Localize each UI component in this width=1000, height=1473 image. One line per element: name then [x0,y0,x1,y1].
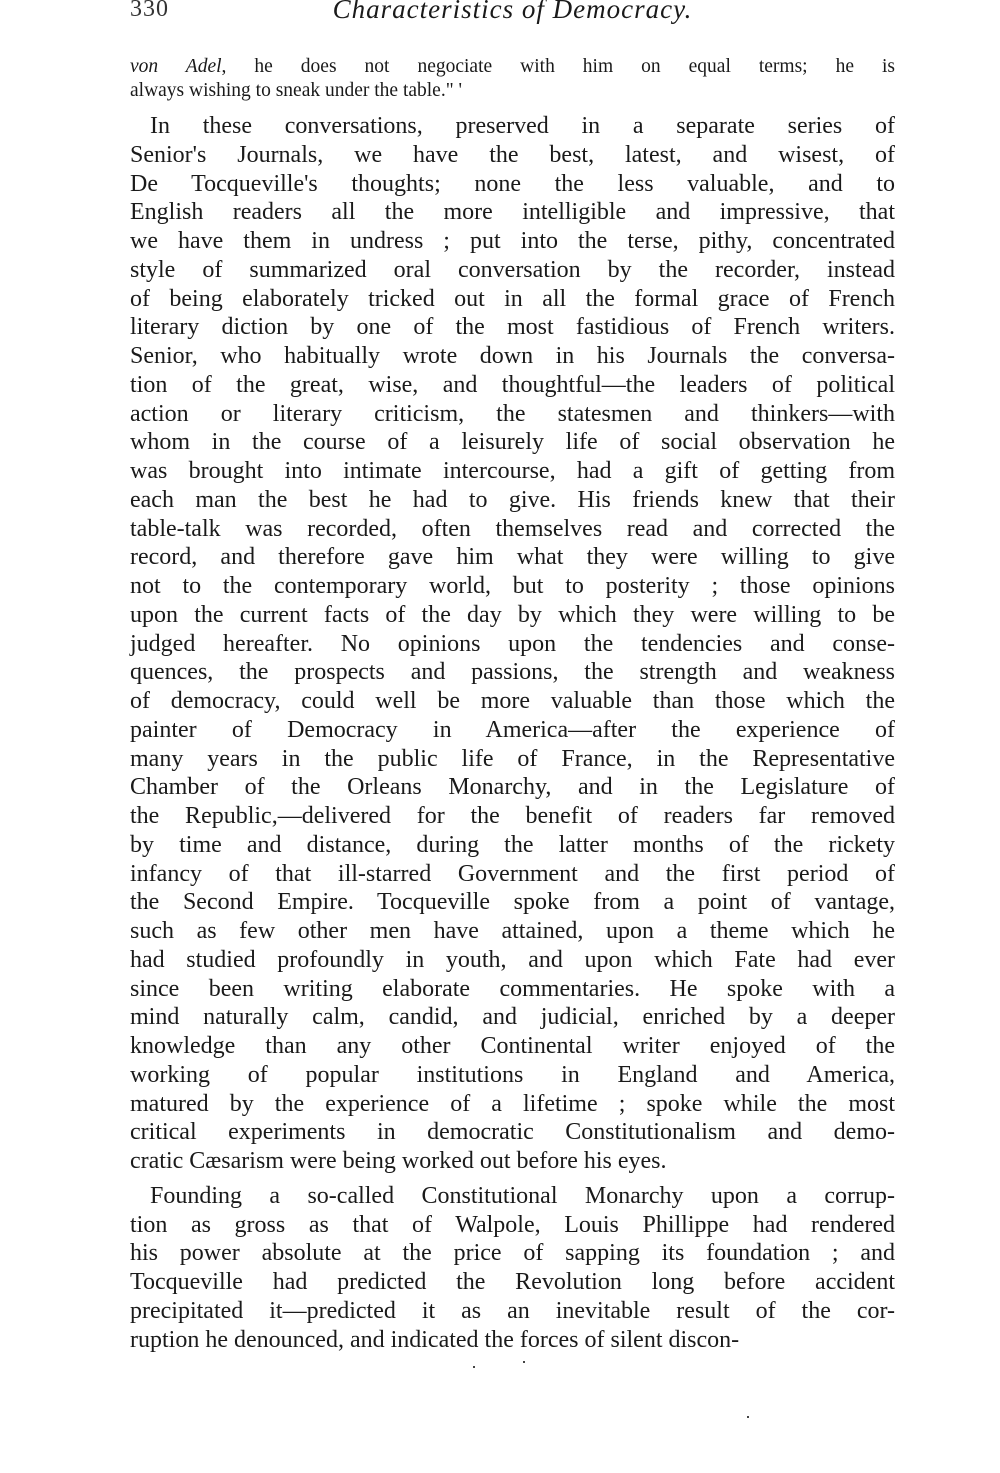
scan-speck [473,1366,475,1368]
running-head: 330 Characteristics of Democracy. [130,0,895,24]
text-line: Chamber of the Orleans Monarchy, and in … [130,773,895,802]
paragraph: Founding a so-called Constitutional Mona… [130,1182,895,1355]
italic-phrase: von Adel [130,56,222,77]
text-line: literary diction by one of the most fast… [130,313,895,342]
scan-speck [747,1416,749,1418]
text-line: style of summarized oral conversation by… [130,256,895,285]
text-line: the Republic,—delivered for the benefit … [130,802,895,831]
text-line: by time and distance, during the latter … [130,831,895,860]
text-line: Tocqueville had predicted the Revolution… [130,1268,895,1297]
text-line: had studied profoundly in youth, and upo… [130,946,895,975]
text-line: upon the current facts of the day by whi… [130,601,895,630]
continued-quotation: von Adel, he does not negociate with him… [130,55,895,103]
text-line: was brought into intimate intercourse, h… [130,457,895,486]
text-line: tion as gross as that of Walpole, Louis … [130,1211,895,1240]
text-line: Founding a so-called Constitutional Mona… [130,1182,895,1211]
running-title: Characteristics of Democracy. [130,0,895,24]
text-line: tion of the great, wise, and thoughtful—… [130,371,895,400]
text-line: infancy of that ill-starred Government a… [130,860,895,889]
text-line: we have them in undress ; put into the t… [130,227,895,256]
text-line: action or literary criticism, the states… [130,400,895,429]
text-line: painter of Democracy in America—after th… [130,716,895,745]
text-line: precipitated it—predicted it as an inevi… [130,1297,895,1326]
text-line: working of popular institutions in Engla… [130,1061,895,1090]
text-line: not to the contemporary world, but to po… [130,572,895,601]
text-line: Senior's Journals, we have the best, lat… [130,141,895,170]
text-line: his power absolute at the price of sappi… [130,1239,895,1268]
text-line: quences, the prospects and passions, the… [130,658,895,687]
text-line: always wishing to sneak under the table.… [130,79,895,103]
text-line: In these conversations, preserved in a s… [130,112,895,141]
text-line: knowledge than any other Continental wri… [130,1032,895,1061]
text-line: judged hereafter. No opinions upon the t… [130,630,895,659]
text-line: von Adel, he does not negociate with him… [130,55,895,79]
text-line: Senior, who habitually wrote down in his… [130,342,895,371]
body-text: In these conversations, preserved in a s… [130,112,895,1354]
scan-speck [523,1361,525,1363]
paragraph: In these conversations, preserved in a s… [130,112,895,1176]
text-line: mind naturally calm, candid, and judicia… [130,1003,895,1032]
text-line: ruption he denounced, and indicated the … [130,1326,895,1355]
text-line: De Tocqueville's thoughts; none the less… [130,170,895,199]
text-line: critical experiments in democratic Const… [130,1118,895,1147]
text-line: the Second Empire. Tocqueville spoke fro… [130,888,895,917]
text-line: cratic Cæsarism were being worked out be… [130,1147,895,1176]
text-line: many years in the public life of France,… [130,745,895,774]
text-line: whom in the course of a leisurely life o… [130,428,895,457]
text-line: since been writing elaborate commentarie… [130,975,895,1004]
text-line: of democracy, could well be more valuabl… [130,687,895,716]
text-line: table-talk was recorded, often themselve… [130,515,895,544]
text-line: such as few other men have attained, upo… [130,917,895,946]
text-line: each man the best he had to give. His fr… [130,486,895,515]
text-line: English readers all the more intelligibl… [130,198,895,227]
text-line: of being elaborately tricked out in all … [130,285,895,314]
text-line: record, and therefore gave him what they… [130,543,895,572]
text-line: matured by the experience of a lifetime … [130,1090,895,1119]
